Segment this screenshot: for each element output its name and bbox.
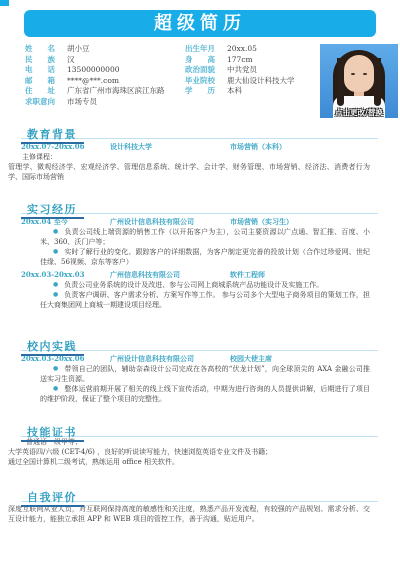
bullet-icon: ● xyxy=(53,248,58,255)
info-value-phone: 13500000000 xyxy=(67,65,120,74)
info-label: 民族 xyxy=(25,55,55,66)
resume-title: 超级简历 xyxy=(154,13,246,34)
corner-mark xyxy=(0,0,9,6)
resume-page: 超级简历 姓名胡小豆 民族汉 电话13500000000 邮箱****@***.… xyxy=(0,0,400,565)
skill-line: 通过全国计算机二级考试，熟练运用 office 相关软件。 xyxy=(8,457,370,467)
bullet-item: ●负责客户调研、客户需求分析、方案写作等工作。 参与公司多个大型电子商务项目的策… xyxy=(40,290,370,310)
bullet-item: ●实时了解行业的变化、跟踪客户的详细数据，为客户制定更完善的投放计划（合作过珍爱… xyxy=(40,247,370,267)
internship-role: 市场营销（实习生） xyxy=(230,217,380,226)
info-value-email: ****@***.com xyxy=(67,76,119,85)
section-heading-evaluation: 自我评价 xyxy=(21,486,378,502)
info-label: 毕业院校 xyxy=(185,76,215,87)
info-value-name: 胡小豆 xyxy=(67,44,90,53)
internship-date: 20xx.03-20xx.03 xyxy=(21,270,110,279)
info-value-address: 广东省广州市海珠区滨江东路 xyxy=(67,86,165,95)
courses-text: 管理学、微观经济学、宏观经济学、管理信息系统、统计学、会计学、财务管理、市场营销… xyxy=(8,162,370,182)
internship-entry-row: 20xx.03-20xx.03 广州信息科技有限公司 软件工程师 xyxy=(21,270,380,279)
info-value-objective: 市场专员 xyxy=(67,97,97,106)
section-heading-internship: 实习经历 xyxy=(21,198,378,214)
info-label: 政治面貌 xyxy=(185,65,215,76)
info-column-left: 姓名胡小豆 民族汉 电话13500000000 邮箱****@***.com 住… xyxy=(25,44,165,107)
photo-eye xyxy=(363,73,367,75)
photo-change-caption[interactable]: 点击更改/替换 xyxy=(320,107,398,118)
id-photo[interactable]: 点击更改/替换 xyxy=(320,44,398,118)
internship-company: 广州信息科技有限公司 xyxy=(110,270,230,279)
photo-hair-lock xyxy=(374,58,381,106)
bullet-icon: ● xyxy=(53,365,58,372)
section-heading-campus: 校内实践 xyxy=(21,335,378,351)
bullet-item: ●负责公司线上端资源的销售工作（以开拓客户为主），公司主要资源以广点通、智汇推、… xyxy=(40,227,370,247)
resume-title-band: 超级简历 xyxy=(24,10,376,37)
bullet-icon: ● xyxy=(53,291,58,298)
info-value-height: 177cm xyxy=(227,55,253,64)
bullet-icon: ● xyxy=(53,385,58,392)
bullet-item: ●整体运营前期开展了相关的线上线下宣传活动，中期为进行咨询的人员提供讲解，后期进… xyxy=(40,384,370,404)
bullet-item: ●带领自己的团队，辅助奈森设计公司完成在各高校的“伏龙计划”，向全球顶尖的 AX… xyxy=(40,364,370,384)
info-label: 电话 xyxy=(25,65,55,76)
photo-face xyxy=(344,55,374,92)
bullet-text: 实时了解行业的变化、跟踪客户的详细数据，为客户制定更完善的投放计划（合作过珍爱网… xyxy=(40,248,370,266)
bullet-text: 整体运营前期开展了相关的线上线下宣传活动，中期为进行咨询的人员提供讲解，后期进行… xyxy=(40,385,370,403)
education-major: 市场营销（本科） xyxy=(230,142,380,151)
internship-company: 广州设计信息科技有限公司 xyxy=(110,217,230,226)
bullet-text: 负责公司业务系统的设计及改进、参与公司网上商城系统产品功能设计及实施工作。 xyxy=(64,281,323,289)
courses-label: 主修课程： xyxy=(22,152,370,162)
photo-eye xyxy=(351,73,355,75)
info-label: 学历 xyxy=(185,86,215,97)
info-label: 出生年月 xyxy=(185,44,215,55)
campus-role: 校园大使主席 xyxy=(230,354,380,363)
bullet-item: ●负责公司业务系统的设计及改进、参与公司网上商城系统产品功能设计及实施工作。 xyxy=(40,280,370,290)
education-school: 设计科技大学 xyxy=(110,142,230,151)
info-value-politics: 中共党员 xyxy=(227,65,257,74)
bullet-text: 负责客户调研、客户需求分析、方案写作等工作。 参与公司多个大型电子商务项目的策划… xyxy=(40,291,370,309)
info-value-ethnicity: 汉 xyxy=(67,55,75,64)
info-label: 邮箱 xyxy=(25,76,55,87)
skill-line: 大学英语四/六级 (CET-4/6) ，良好的听说读写能力，快速浏览英语专业文件… xyxy=(8,447,370,457)
bullet-icon: ● xyxy=(53,228,58,235)
internship-role: 软件工程师 xyxy=(230,270,380,279)
bullet-text: 负责公司线上端资源的销售工作（以开拓客户为主），公司主要资源以广点通、智汇推、百… xyxy=(40,228,370,246)
info-label: 身高 xyxy=(185,55,215,66)
photo-hair-lock xyxy=(337,58,344,106)
info-value-birth: 20xx.05 xyxy=(227,44,257,53)
info-column-right: 出生年月20xx.05 身高177cm 政治面貌中共党员 毕业院校鹿大仙设计科技… xyxy=(185,44,295,97)
info-value-college: 鹿大仙设计科技大学 xyxy=(227,76,295,85)
section-heading-education: 教育背景 xyxy=(21,123,378,139)
info-label: 求职意向 xyxy=(25,97,55,108)
self-evaluation-text: 深度互联网从业人员，对互联网保持高度的敏感性和关注度，熟悉产品开发流程，有较强的… xyxy=(8,504,370,524)
section-heading-skills: 技能证书 xyxy=(21,421,378,437)
campus-company: 广州设计信息科技有限公司 xyxy=(110,354,230,363)
info-label: 姓名 xyxy=(25,44,55,55)
info-label: 住址 xyxy=(25,86,55,97)
info-value-degree: 本科 xyxy=(227,86,242,95)
bullet-icon: ● xyxy=(53,281,58,288)
bullet-text: 带领自己的团队，辅助奈森设计公司完成在各高校的“伏龙计划”，向全球顶尖的 AXA… xyxy=(40,365,370,383)
